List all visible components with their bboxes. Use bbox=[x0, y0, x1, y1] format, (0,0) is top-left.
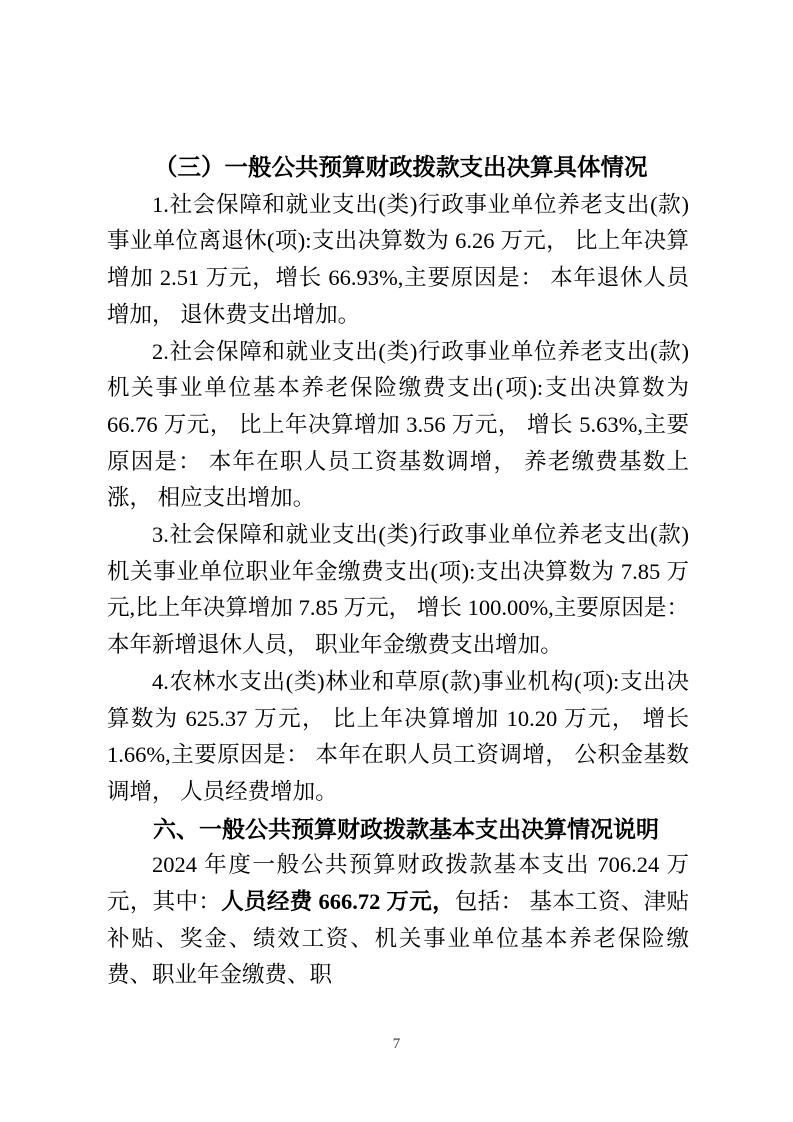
document-body: （三）一般公共预算财政拨款支出决算具体情况 1.社会保障和就业支出(类)行政事业… bbox=[107, 150, 689, 994]
paragraph-basic-expenditure-summary: 2024 年度一般公共预算财政拨款基本支出 706.24 万元，其中：人员经费 … bbox=[107, 847, 689, 994]
document-page: （三）一般公共预算财政拨款支出决算具体情况 1.社会保障和就业支出(类)行政事业… bbox=[0, 0, 793, 1122]
section-heading-6: 六、一般公共预算财政拨款基本支出决算情况说明 bbox=[107, 811, 689, 848]
page-number: 7 bbox=[0, 1036, 793, 1053]
paragraph-occupational-annuity-contribution: 3.社会保障和就业支出(类)行政事业单位养老支出(款)机关事业单位职业年金缴费支… bbox=[107, 517, 689, 664]
paragraph-agriculture-forestry-water: 4.农林水支出(类)林业和草原(款)事业机构(项):支出决算数为 625.37 … bbox=[107, 664, 689, 811]
paragraph-pension-insurance-contribution: 2.社会保障和就业支出(类)行政事业单位养老支出(款)机关事业单位基本养老保险缴… bbox=[107, 334, 689, 518]
personnel-expense-bold-text: 人员经费 666.72 万元， bbox=[221, 889, 455, 914]
paragraph-social-security-retiree: 1.社会保障和就业支出(类)行政事业单位养老支出(款)事业单位离退休(项):支出… bbox=[107, 187, 689, 334]
section-heading-3: （三）一般公共预算财政拨款支出决算具体情况 bbox=[107, 150, 689, 187]
